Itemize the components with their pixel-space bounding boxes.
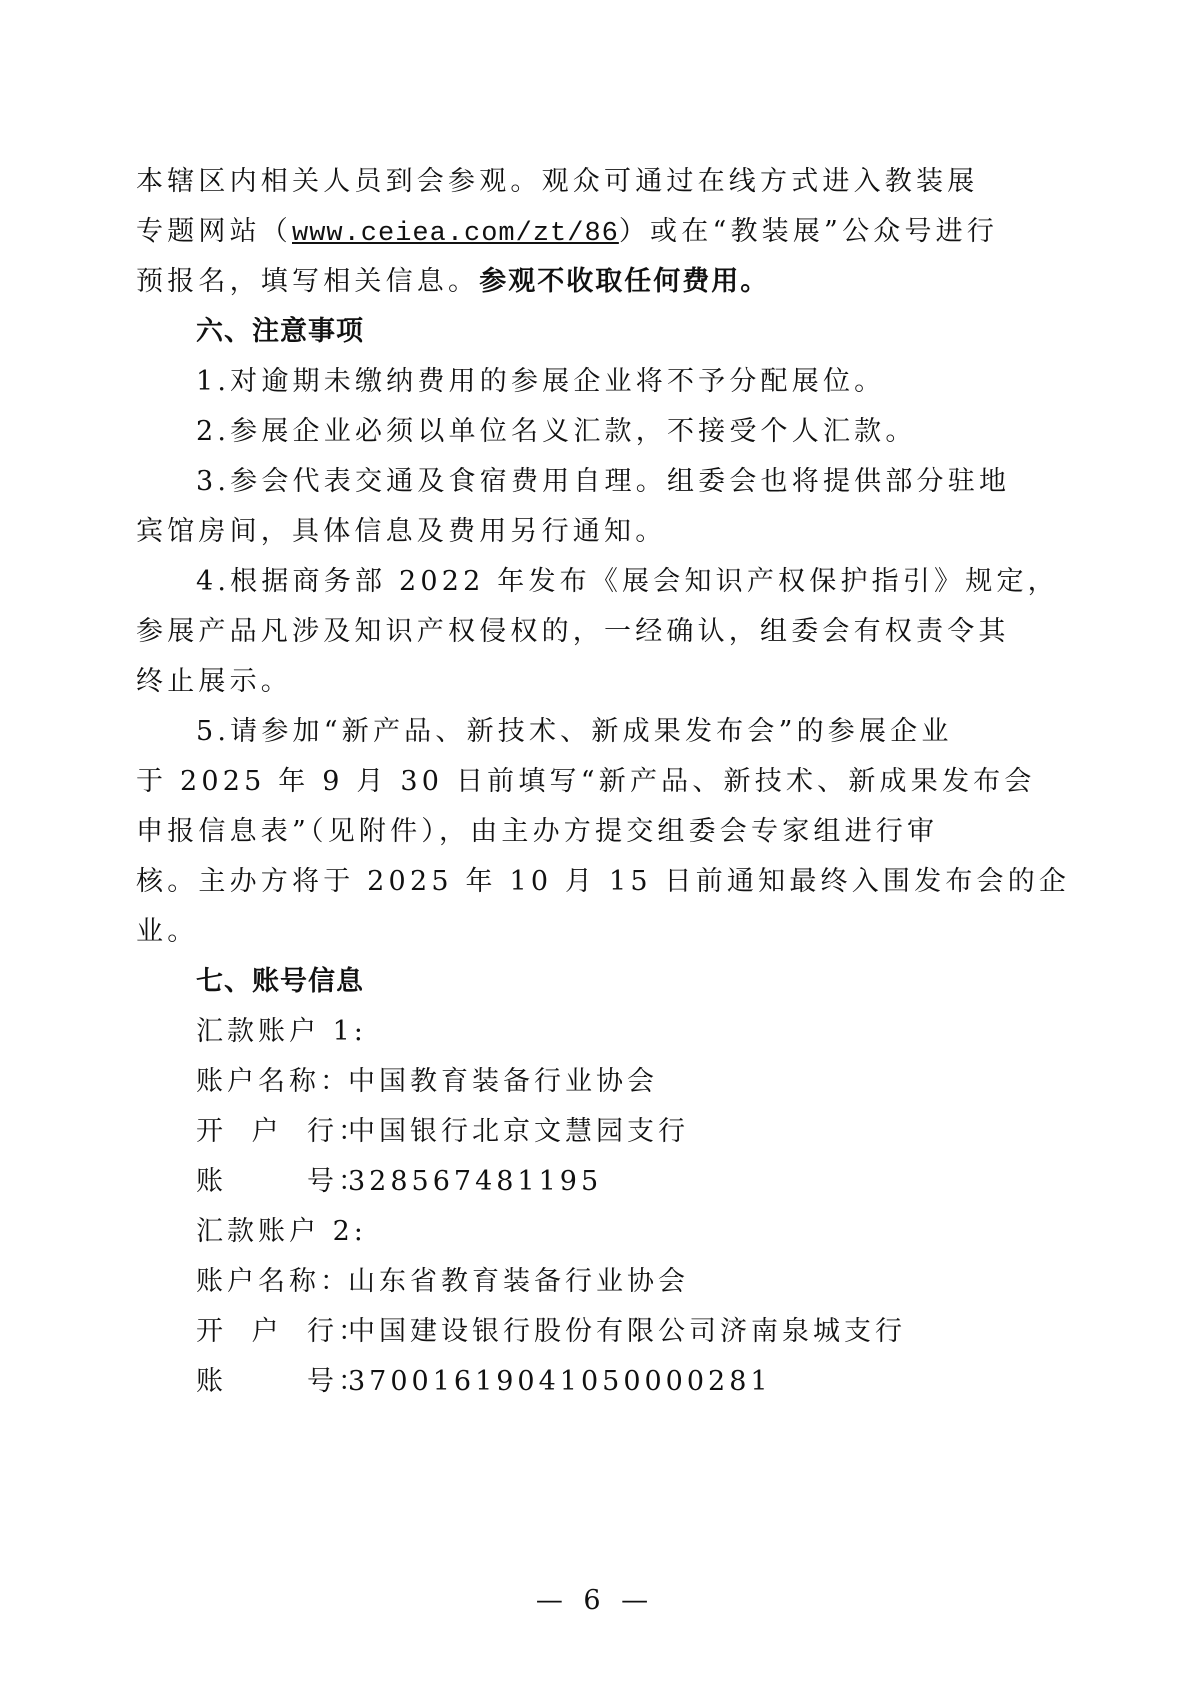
- account-name-label: 账户名称：: [196, 1062, 348, 1102]
- page-number: — 6 —: [0, 1585, 1190, 1616]
- website-link[interactable]: www.ceiea.com/zt/86: [292, 219, 619, 249]
- bank-value: 中国建设银行股份有限公司济南泉城支行: [348, 1316, 906, 1347]
- account-1-bank-row: 开户行：中国银行北京文慧园支行: [196, 1112, 689, 1152]
- free-admission-note: 参观不收取任何费用。: [479, 266, 769, 297]
- intro-line-1: 本辖区内相关人员到会参观。观众可通过在线方式进入教装展: [136, 162, 1056, 202]
- notice-item-1: 1.对逾期未缴纳费用的参展企业将不予分配展位。: [196, 362, 1116, 402]
- account-number-label: 账号：: [196, 1162, 348, 1202]
- intro-line-2: 专题网站（www.ceiea.com/zt/86）或在“教装展”公众号进行: [136, 212, 1056, 254]
- account-2-number-row: 账号：37001619041050000281: [196, 1362, 772, 1402]
- account-1-name-row: 账户名称：中国教育装备行业协会: [196, 1062, 658, 1102]
- section-7-heading: 七、账号信息: [196, 962, 1116, 1002]
- notice-item-3: 3.参会代表交通及食宿费用自理。组委会也将提供部分驻地: [196, 462, 1116, 502]
- bank-label: 开户行：: [196, 1312, 348, 1352]
- account-name-label: 账户名称：: [196, 1262, 348, 1302]
- account-2-name-row: 账户名称：山东省教育装备行业协会: [196, 1262, 689, 1302]
- account-name-value: 中国教育装备行业协会: [348, 1066, 658, 1097]
- notice-item-5: 5.请参加“新产品、新技术、新成果发布会”的参展企业: [196, 712, 1116, 752]
- notice-item-5-cont: 核。主办方将于 2025 年 10 月 15 日前通知最终入围发布会的企: [136, 862, 1056, 902]
- account-2-title: 汇款账户 2:: [196, 1212, 367, 1252]
- notice-item-5-cont: 申报信息表”（见附件），由主办方提交组委会专家组进行审: [136, 812, 1056, 852]
- text: 预报名，填写相关信息。: [136, 266, 479, 297]
- document-page: 本辖区内相关人员到会参观。观众可通过在线方式进入教装展 专题网站（www.cei…: [0, 0, 1190, 1683]
- notice-item-3-cont: 宾馆房间，具体信息及费用另行通知。: [136, 512, 1056, 552]
- account-2-bank-row: 开户行：中国建设银行股份有限公司济南泉城支行: [196, 1312, 906, 1352]
- account-number-value: 328567481195: [348, 1166, 602, 1197]
- account-1-number-row: 账号：328567481195: [196, 1162, 602, 1202]
- text: 专题网站（: [136, 216, 292, 247]
- account-number-label: 账号：: [196, 1362, 348, 1402]
- intro-line-3: 预报名，填写相关信息。参观不收取任何费用。: [136, 262, 1056, 302]
- text: ）或在“教装展”公众号进行: [619, 216, 998, 247]
- notice-item-4-cont: 参展产品凡涉及知识产权侵权的，一经确认，组委会有权责令其: [136, 612, 1056, 652]
- bank-value: 中国银行北京文慧园支行: [348, 1116, 689, 1147]
- notice-item-4-cont: 终止展示。: [136, 662, 1056, 702]
- section-6-heading: 六、注意事项: [196, 312, 1116, 352]
- notice-item-5-cont: 业。: [136, 912, 1056, 952]
- account-name-value: 山东省教育装备行业协会: [348, 1266, 689, 1297]
- notice-item-5-cont: 于 2025 年 9 月 30 日前填写“新产品、新技术、新成果发布会: [136, 762, 1056, 802]
- notice-item-2: 2.参展企业必须以单位名义汇款，不接受个人汇款。: [196, 412, 1116, 452]
- bank-label: 开户行：: [196, 1112, 348, 1152]
- account-number-value: 37001619041050000281: [348, 1366, 772, 1397]
- account-1-title: 汇款账户 1:: [196, 1012, 367, 1052]
- notice-item-4: 4.根据商务部 2022 年发布《展会知识产权保护指引》规定，: [196, 562, 1116, 602]
